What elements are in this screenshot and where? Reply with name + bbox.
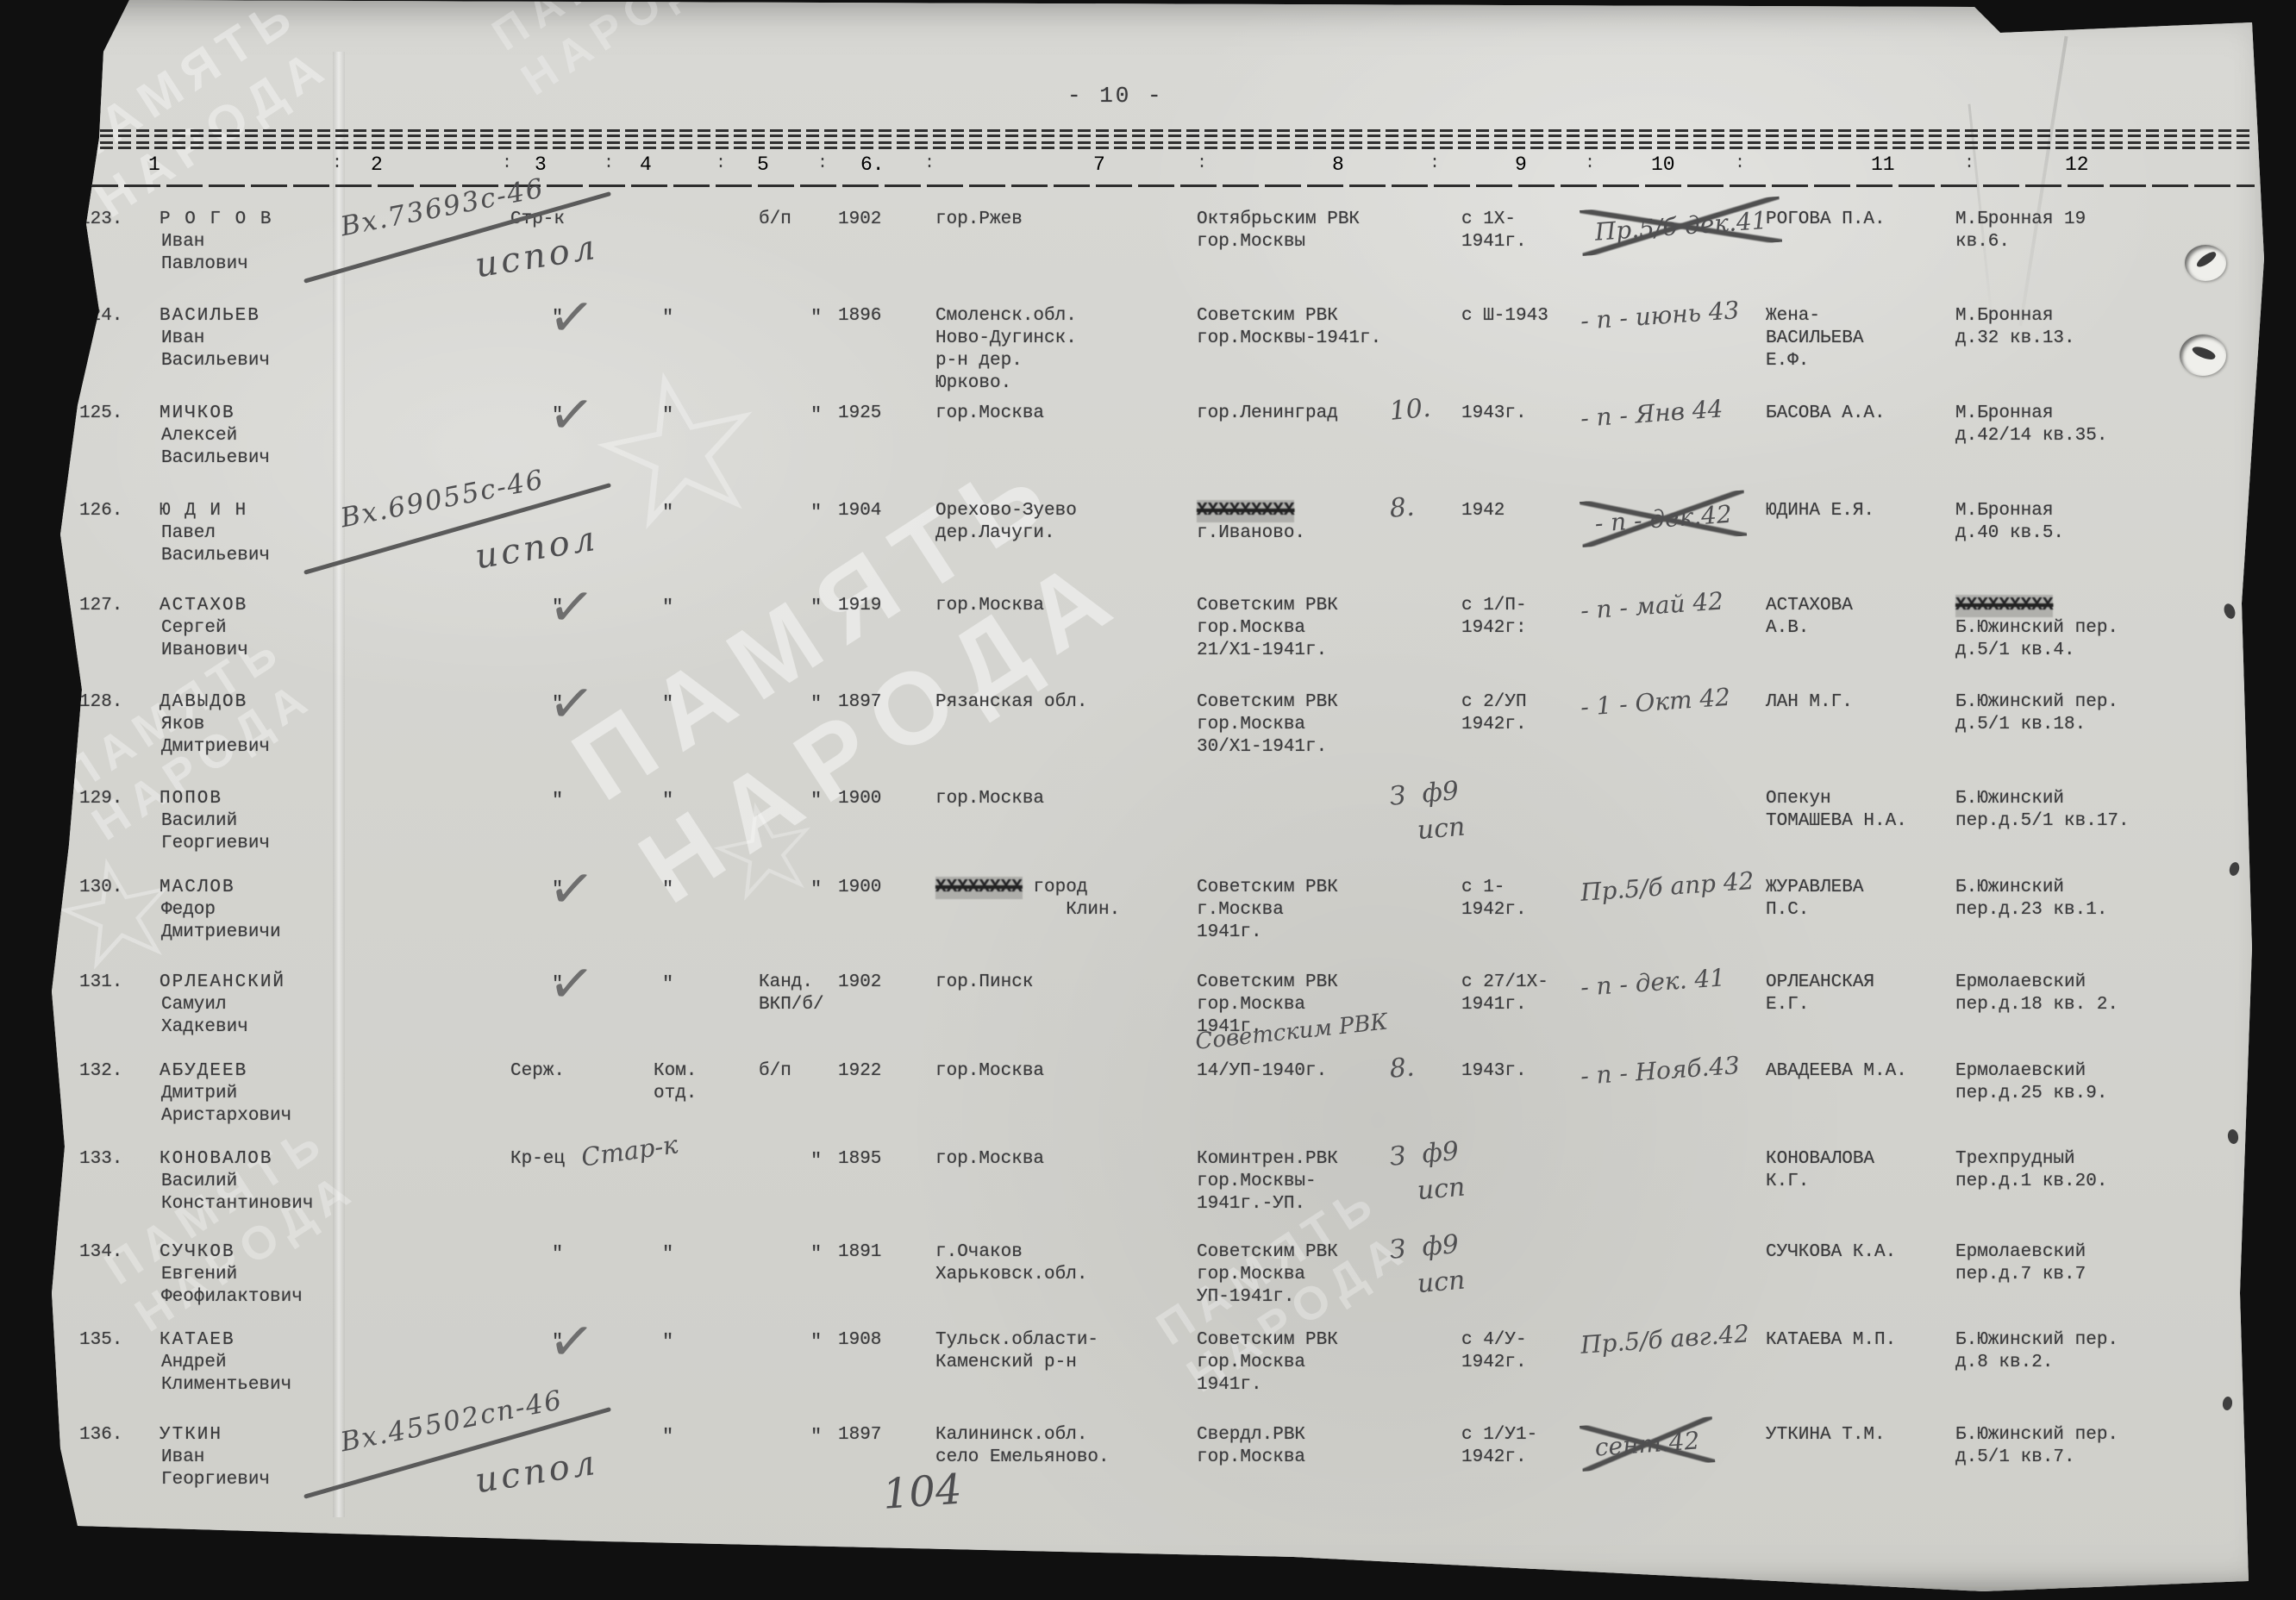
rank: Кр-ец bbox=[510, 1148, 565, 1171]
given-name-patronymic: Самуил Хадкевич bbox=[161, 994, 248, 1039]
table-row: 126. Ю Д И Н Павел Васильевич " " 1904 О… bbox=[0, 498, 2296, 595]
drafting-commissariat: Октябрьским РВК гор.Москвы bbox=[1197, 209, 1360, 253]
ditto-mark: " bbox=[810, 1150, 822, 1172]
row-number: 128. bbox=[79, 691, 122, 714]
birth-year: 1908 bbox=[838, 1329, 881, 1352]
address: Б.Южинский пер.д.5/1 кв.17. bbox=[1955, 788, 2130, 833]
check-mark-icon: ✓ bbox=[545, 855, 597, 923]
relative-name: КОНОВАЛОВА К.Г. bbox=[1766, 1148, 1874, 1193]
birth-year: 1900 bbox=[838, 877, 881, 899]
scanned-document-page: ПАМЯТЬ НАРОДА ПАМЯТЬ НАРОДА ПАМЯТЬ НАРОД… bbox=[0, 0, 2296, 1600]
drafting-commissariat: Советским РВК гор.Москва 1941г. bbox=[1197, 1329, 1338, 1397]
given-name-patronymic: Алексей Васильевич bbox=[161, 425, 270, 470]
address: Ермолаевский пер.д.18 кв. 2. bbox=[1955, 972, 2118, 1016]
surname: КАТАЕВ bbox=[160, 1329, 235, 1352]
given-name-patronymic: Иван Васильевич bbox=[161, 328, 270, 372]
row-number: 123. bbox=[79, 209, 122, 231]
executed-annotation: испол bbox=[472, 519, 601, 578]
service-since-date: с 27/1Х- 1941г. bbox=[1461, 972, 1548, 1016]
ditto-mark: " bbox=[810, 307, 822, 329]
ditto-mark: " bbox=[810, 878, 822, 901]
ditto-mark: " bbox=[810, 1243, 822, 1266]
relative-name: ЖУРАВЛЕВА П.С. bbox=[1766, 877, 1863, 922]
check-mark-icon: ✓ bbox=[545, 284, 597, 352]
birthplace: гор.Москва bbox=[935, 788, 1044, 810]
birth-year: 1897 bbox=[838, 1424, 881, 1447]
birthplace: гор.Пинск bbox=[935, 972, 1033, 994]
date-handwritten-note: З ф9 исп bbox=[1388, 773, 1467, 852]
birthplace: Калининск.обл. село Емельяново. bbox=[935, 1424, 1110, 1469]
service-since-date: с 1/У1- 1942г. bbox=[1461, 1424, 1537, 1469]
address: Б.Южинский пер. д.8 кв.2. bbox=[1955, 1329, 2118, 1374]
date-handwritten-note: 8. bbox=[1388, 1050, 1416, 1088]
row-number: 125. bbox=[79, 403, 122, 425]
surname: КОНОВАЛОВ bbox=[160, 1148, 272, 1171]
surname: СУЧКОВ bbox=[160, 1241, 235, 1264]
table-row: 136. УТКИН Иван Георгиевич " " 1897 Кали… bbox=[0, 1422, 2296, 1519]
party-membership: б/п bbox=[759, 1060, 791, 1083]
ditto-mark: " bbox=[810, 790, 822, 812]
drafting-commissariat: г.Иваново. bbox=[1197, 500, 1305, 545]
ditto-mark: " bbox=[662, 307, 673, 329]
address: Б.Южинский пер. д.5/1 кв.4. bbox=[1955, 595, 2118, 662]
address: М.Бронная д.32 кв.13. bbox=[1955, 305, 2075, 350]
row-number: 130. bbox=[79, 877, 122, 899]
birth-year: 1900 bbox=[838, 788, 881, 810]
table-row: 135. КАТАЕВ Андрей Климентьевич " " " 19… bbox=[0, 1328, 2296, 1424]
address: Б.Южинский пер. д.5/1 кв.7. bbox=[1955, 1424, 2118, 1469]
given-name-patronymic: Павел Васильевич bbox=[161, 522, 270, 567]
executed-annotation: испол bbox=[472, 228, 601, 286]
address: М.Бронная 19 кв.6. bbox=[1955, 209, 2086, 253]
ditto-mark: " bbox=[662, 1331, 673, 1353]
ditto-mark: " bbox=[662, 597, 673, 619]
ditto-mark: " bbox=[810, 1426, 822, 1448]
birth-year: 1897 bbox=[838, 691, 881, 714]
ditto-mark: " bbox=[662, 404, 673, 427]
drafting-commissariat: Советским РВК г.Москва 1941г. bbox=[1197, 877, 1338, 944]
surname: ПОПОВ bbox=[160, 788, 222, 810]
given-name-patronymic: Федор Дмитриевичи bbox=[161, 899, 281, 944]
date-handwritten-note: 8. bbox=[1388, 490, 1416, 528]
given-name-patronymic: Иван Павлович bbox=[161, 231, 248, 276]
service-since-date: 1943г. bbox=[1461, 403, 1527, 425]
check-mark-icon: ✓ bbox=[545, 670, 597, 738]
check-mark-icon: ✓ bbox=[545, 1308, 597, 1376]
address: Ермолаевский пер.д.25 кв.9. bbox=[1955, 1060, 2107, 1105]
paper-sheet: ПАМЯТЬ НАРОДА ПАМЯТЬ НАРОДА ПАМЯТЬ НАРОД… bbox=[0, 0, 2296, 1600]
ditto-mark: " bbox=[662, 973, 673, 996]
address: Б.Южинский пер. д.5/1 кв.18. bbox=[1955, 691, 2118, 736]
table-row: 125. МИЧКОВ Алексей Васильевич " " " 192… bbox=[0, 401, 2296, 497]
drafting-commissariat: Советским РВК гор.Москва 30/Х1-1941г. bbox=[1197, 691, 1338, 759]
relative-name: Жена- ВАСИЛЬЕВА Е.Ф. bbox=[1766, 305, 1863, 372]
given-name-patronymic: Андрей Климентьевич bbox=[161, 1352, 291, 1397]
surname: АБУДЕЕВ bbox=[160, 1060, 247, 1083]
surname: МИЧКОВ bbox=[160, 403, 235, 425]
given-name-patronymic: Евгений Феофилактович bbox=[161, 1264, 303, 1309]
birth-year: 1895 bbox=[838, 1148, 881, 1171]
date-handwritten-note: 10. bbox=[1388, 391, 1432, 430]
address: М.Бронная д.42/14 кв.35. bbox=[1955, 403, 2107, 447]
ditto-mark: " bbox=[662, 693, 673, 716]
service-since-date: с 1Х- 1941г. bbox=[1461, 209, 1527, 253]
ditto-mark: " bbox=[810, 693, 822, 716]
table-row: 129. ПОПОВ Василий Георгиевич " " " 1900… bbox=[0, 786, 2296, 883]
check-mark-icon: ✓ bbox=[545, 573, 597, 641]
relative-name: УТКИНА Т.М. bbox=[1766, 1424, 1886, 1447]
check-mark-icon: ✓ bbox=[545, 950, 597, 1018]
surname: МАСЛОВ bbox=[160, 877, 235, 899]
birthplace: гор.Ржев bbox=[935, 209, 1023, 231]
ditto-mark: " bbox=[662, 790, 673, 812]
relative-name: ЛАН М.Г. bbox=[1766, 691, 1853, 714]
table-row: 124. ВАСИЛЬЕВ Иван Васильевич " " " 1896… bbox=[0, 303, 2296, 400]
ditto-mark: " bbox=[810, 404, 822, 427]
birthplace: г.Очаков Харьковск.обл. bbox=[935, 1241, 1087, 1286]
status-handwritten-note: - п - Янв 44 bbox=[1580, 394, 1724, 432]
birth-year: 1925 bbox=[838, 403, 881, 425]
birth-year: 1919 bbox=[838, 595, 881, 617]
address: Б.Южинский пер.д.23 кв.1. bbox=[1955, 877, 2107, 922]
table-row: 134. СУЧКОВ Евгений Феофилактович " " " … bbox=[0, 1240, 2296, 1336]
surname: УТКИН bbox=[160, 1424, 222, 1447]
surname: ВАСИЛЬЕВ bbox=[160, 305, 260, 328]
executed-annotation: испол bbox=[472, 1443, 601, 1502]
surname: АСТАХОВ bbox=[160, 595, 247, 617]
given-name-patronymic: Дмитрий Аристархович bbox=[161, 1083, 291, 1128]
given-name-patronymic: Сергей Иванович bbox=[161, 617, 248, 662]
address: М.Бронная д.40 кв.5. bbox=[1955, 500, 2064, 545]
birthplace: Рязанская обл. bbox=[935, 691, 1087, 714]
birthplace: гор.Москва bbox=[935, 1148, 1044, 1171]
ditto-mark: " bbox=[662, 1426, 673, 1448]
service-since-date: 1942 bbox=[1461, 500, 1505, 522]
drafting-commissariat: Коминтрен.РВК гор.Москвы- 1941г.-УП. bbox=[1197, 1148, 1338, 1216]
row-number: 132. bbox=[79, 1060, 122, 1083]
relative-name: ОРЛЕАНСКАЯ Е.Г. bbox=[1766, 972, 1874, 1016]
birthplace: Смоленск.обл. Ново-Дугинск. р-н дер. Юрк… bbox=[935, 305, 1077, 395]
row-number: 124. bbox=[79, 305, 122, 328]
service-since-date: с Ш-1943 bbox=[1461, 305, 1548, 328]
birth-year: 1896 bbox=[838, 305, 881, 328]
given-name-patronymic: Василий Георгиевич bbox=[161, 810, 270, 855]
ditto-mark: " bbox=[662, 502, 673, 524]
row-number: 133. bbox=[79, 1148, 122, 1171]
row-number: 126. bbox=[79, 500, 122, 522]
position: Ком. отд. bbox=[654, 1060, 697, 1105]
birthplace: гор.Москва bbox=[935, 595, 1044, 617]
birth-year: 1891 bbox=[838, 1241, 881, 1264]
drafting-commissariat: 14/УП-1940г. bbox=[1197, 1060, 1327, 1083]
sheet-number-annotation: 104 bbox=[881, 1466, 963, 1519]
row-number: 129. bbox=[79, 788, 122, 810]
row-number: 127. bbox=[79, 595, 122, 617]
birth-year: 1922 bbox=[838, 1060, 881, 1083]
incoming-number-annotation: Вх.73693с-46 bbox=[338, 172, 547, 242]
relative-name: АСТАХОВА А.В. bbox=[1766, 595, 1853, 640]
row-number: 135. bbox=[79, 1329, 122, 1352]
drafting-commissariat: Советским РВК гор.Москвы-1941г. bbox=[1197, 305, 1381, 350]
birth-year: 1904 bbox=[838, 500, 881, 522]
birthplace: город Клин. bbox=[935, 877, 1120, 922]
ditto-mark: " bbox=[552, 1243, 563, 1266]
ditto-mark: " bbox=[662, 1243, 673, 1266]
service-since-date: с 1/П- 1942г: bbox=[1461, 595, 1527, 640]
address: Ермолаевский пер.д.7 кв.7 bbox=[1955, 1241, 2086, 1286]
birthplace: Тульск.области- Каменский р-н bbox=[935, 1329, 1098, 1374]
drafting-commissariat: Советским РВК гор.Москва 21/Х1-1941г. bbox=[1197, 595, 1338, 662]
surname: ДАВЫДОВ bbox=[160, 691, 247, 714]
records-table: 123. Р О Г О В Иван Павлович Стр-к б/п 1… bbox=[0, 0, 2296, 1600]
status-handwritten-note: Пр.5/б дек.41 bbox=[1580, 197, 1782, 256]
service-since-date: 1943г. bbox=[1461, 1060, 1527, 1083]
check-mark-icon: ✓ bbox=[545, 381, 597, 449]
status-handwritten-note: сент.42 bbox=[1580, 1416, 1715, 1472]
table-row: 131. ОРЛЕАНСКИЙ Самуил Хадкевич Канд. ВК… bbox=[0, 970, 2296, 1066]
service-since-date: с 4/У- 1942г. bbox=[1461, 1329, 1527, 1374]
service-since-date: с 2/УП 1942г. bbox=[1461, 691, 1527, 736]
surname: Р О Г О В bbox=[160, 209, 272, 231]
birth-year: 1902 bbox=[838, 209, 881, 231]
birthplace: гор.Москва bbox=[935, 1060, 1044, 1083]
table-row: 130. МАСЛОВ Федор Дмитриевичи " " " 1900… bbox=[0, 875, 2296, 972]
party-membership: б/п bbox=[759, 209, 791, 231]
party-membership: Канд. ВКП/б/ bbox=[759, 972, 824, 1016]
surname: ОРЛЕАНСКИЙ bbox=[160, 972, 285, 994]
date-handwritten-note: З ф9 исп bbox=[1388, 1227, 1467, 1305]
birthplace: гор.Москва bbox=[935, 403, 1044, 425]
ditto-mark: " bbox=[662, 878, 673, 901]
birthplace: Орехово-Зуево дер.Лачуги. bbox=[935, 500, 1077, 545]
address: Трехпрудный пер.д.1 кв.20. bbox=[1955, 1148, 2107, 1193]
drafting-commissariat: гор.Ленинград bbox=[1197, 403, 1338, 425]
given-name-patronymic: Василий Константинович bbox=[161, 1171, 313, 1216]
given-name-patronymic: Яков Дмитриевич bbox=[161, 714, 270, 759]
rank: Серж. bbox=[510, 1060, 565, 1083]
row-number: 136. bbox=[79, 1424, 122, 1447]
table-row: 132. АБУДЕЕВ Дмитрий Аристархович Серж. … bbox=[0, 1059, 2296, 1155]
relative-name: ЮДИНА Е.Я. bbox=[1766, 500, 1874, 522]
table-row: 133. КОНОВАЛОВ Василий Константинович Кр… bbox=[0, 1147, 2296, 1243]
relative-name: СУЧКОВА К.А. bbox=[1766, 1241, 1896, 1264]
table-row: 123. Р О Г О В Иван Павлович Стр-к б/п 1… bbox=[0, 207, 2296, 303]
relative-name: КАТАЕВА М.П. bbox=[1766, 1329, 1896, 1352]
relative-name: РОГОВА П.А. bbox=[1766, 209, 1886, 231]
ditto-mark: " bbox=[810, 1331, 822, 1353]
row-number: 134. bbox=[79, 1241, 122, 1264]
relative-name: АВАДЕЕВА М.А. bbox=[1766, 1060, 1907, 1083]
ditto-mark: " bbox=[552, 790, 563, 812]
drafting-commissariat: Свердл.РВК гор.Москва bbox=[1197, 1424, 1305, 1469]
relative-name: БАСОВА А.А. bbox=[1766, 403, 1886, 425]
relative-name: Опекун ТОМАШЕВА Н.А. bbox=[1766, 788, 1907, 833]
drafting-commissariat: Советским РВК гор.Москва УП-1941г. bbox=[1197, 1241, 1338, 1309]
ditto-mark: " bbox=[810, 502, 822, 524]
ditto-mark: " bbox=[810, 597, 822, 619]
table-row: 128. ДАВЫДОВ Яков Дмитриевич " " " 1897 … bbox=[0, 690, 2296, 786]
service-since-date: с 1- 1942г. bbox=[1461, 877, 1527, 922]
date-handwritten-note: З ф9 исп bbox=[1388, 1134, 1467, 1212]
row-number: 131. bbox=[79, 972, 122, 994]
table-row: 127. АСТАХОВ Сергей Иванович " " " 1919 … bbox=[0, 593, 2296, 690]
status-handwritten-note: - п - май 42 bbox=[1580, 586, 1724, 625]
given-name-patronymic: Иван Георгиевич bbox=[161, 1447, 270, 1491]
birth-year: 1902 bbox=[838, 972, 881, 994]
surname: Ю Д И Н bbox=[160, 500, 247, 522]
status-handwritten-note: - п - дек.42 bbox=[1580, 491, 1747, 547]
